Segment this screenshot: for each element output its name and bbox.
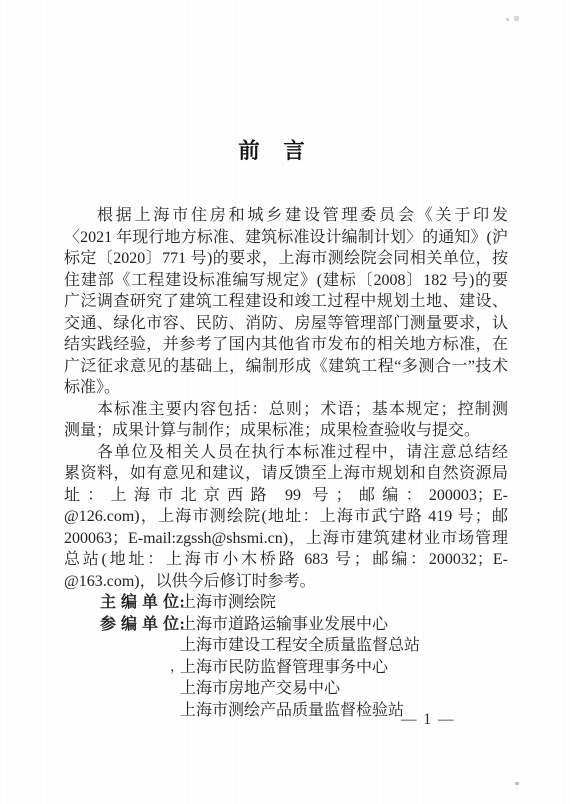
scan-speck bbox=[514, 16, 519, 21]
body-line: 广泛征求意见的基础上，编制形成《建筑工程“多测合一”技术 bbox=[64, 356, 508, 378]
body-line: @163.com)，以供今后修订时参考。 bbox=[64, 571, 508, 593]
body-line: 交通、绿化市容、民防、消防、房屋等管理部门测量要求，认真总 bbox=[64, 313, 508, 335]
page-content: 前 言 根据上海市住房和城乡建设管理委员会《关于印发 〈2021 年现行地方标准… bbox=[64, 140, 508, 721]
page-number: — 1 — bbox=[394, 711, 462, 729]
chief-editor-label: 主 编 单 位: bbox=[100, 592, 180, 614]
body-line: 标定〔2020〕771 号)的要求，上海市测绘院会同相关单位，按照 bbox=[64, 248, 508, 270]
body-line: 标准》。 bbox=[64, 377, 508, 399]
participant-row: 上海市房地产交易中心 bbox=[180, 678, 508, 700]
participant-unit: 上海市道路运输事业发展中心 bbox=[180, 614, 388, 636]
body-line: 广泛调查研究了建筑工程建设和竣工过程中规划土地、建设、 bbox=[64, 291, 508, 313]
document-title: 前 言 bbox=[50, 140, 494, 163]
body-line: 〈2021 年现行地方标准、建筑标准设计编制计划〉的通知》(沪建 bbox=[64, 227, 508, 249]
credits-section: 主 编 单 位: 上海市测绘院 参 编 单 位: 上海市道路运输事业发展中心 上… bbox=[64, 592, 508, 721]
participant-row: 上海市建设工程安全质量监督总站 bbox=[180, 635, 508, 657]
participant-unit: 上海市建设工程安全质量监督总站 bbox=[180, 635, 420, 657]
body-line: 住建部《工程建设标准编写规定》(建标〔2008〕182 号)的要求， bbox=[64, 270, 508, 292]
participant-unit: 上海市测绘产品质量监督检验站 bbox=[180, 700, 404, 722]
document-page: 前 言 根据上海市住房和城乡建设管理委员会《关于印发 〈2021 年现行地方标准… bbox=[0, 0, 570, 804]
chief-editor-row: 主 编 单 位: 上海市测绘院 bbox=[100, 592, 508, 614]
body-line: 结实践经验，并参考了国内其他省市发布的相关地方标准，在 bbox=[64, 334, 508, 356]
scan-speck bbox=[506, 18, 509, 21]
participant-unit: 上海市民防监督管理事务中心 bbox=[180, 657, 388, 679]
participant-unit: 上海市房地产交易中心 bbox=[180, 678, 340, 700]
body-line: 累资料，如有意见和建议，请反馈至上海市规划和自然资源局(地 bbox=[64, 463, 508, 485]
body-text: 根据上海市住房和城乡建设管理委员会《关于印发 〈2021 年现行地方标准、建筑标… bbox=[64, 205, 508, 592]
body-line: 根据上海市住房和城乡建设管理委员会《关于印发 bbox=[64, 205, 508, 227]
body-line: @126.com)，上海市测绘院(地址：上海市武宁路 419 号；邮编： bbox=[64, 506, 508, 528]
stray-mark: ， bbox=[170, 657, 180, 679]
body-line: 总站(地址：上海市小木桥路 683 号；邮编：200032；E-mail:shg… bbox=[64, 549, 508, 571]
body-line: 本标准主要内容包括：总则；术语；基本规定；控制测量；要素 bbox=[64, 399, 508, 421]
chief-editor-unit: 上海市测绘院 bbox=[180, 592, 276, 614]
body-line: 200063；E-mail:zgssh@shsmi.cn)，上海市建筑建材业市场… bbox=[64, 528, 508, 550]
body-line: 址：上海市北京西路 99 号；邮编：200003；E-mail:guihuazi… bbox=[64, 485, 508, 507]
participant-row: 参 编 单 位: 上海市道路运输事业发展中心 bbox=[100, 614, 508, 636]
participant-row: ， 上海市民防监督管理事务中心 bbox=[180, 657, 508, 679]
scan-speck bbox=[515, 782, 519, 785]
participant-label: 参 编 单 位: bbox=[100, 614, 180, 636]
body-line: 各单位及相关人员在执行本标准过程中，请注意总结经验，积 bbox=[64, 442, 508, 464]
body-line: 测量；成果计算与制作；成果标准；成果检查验收与提交。 bbox=[64, 420, 508, 442]
